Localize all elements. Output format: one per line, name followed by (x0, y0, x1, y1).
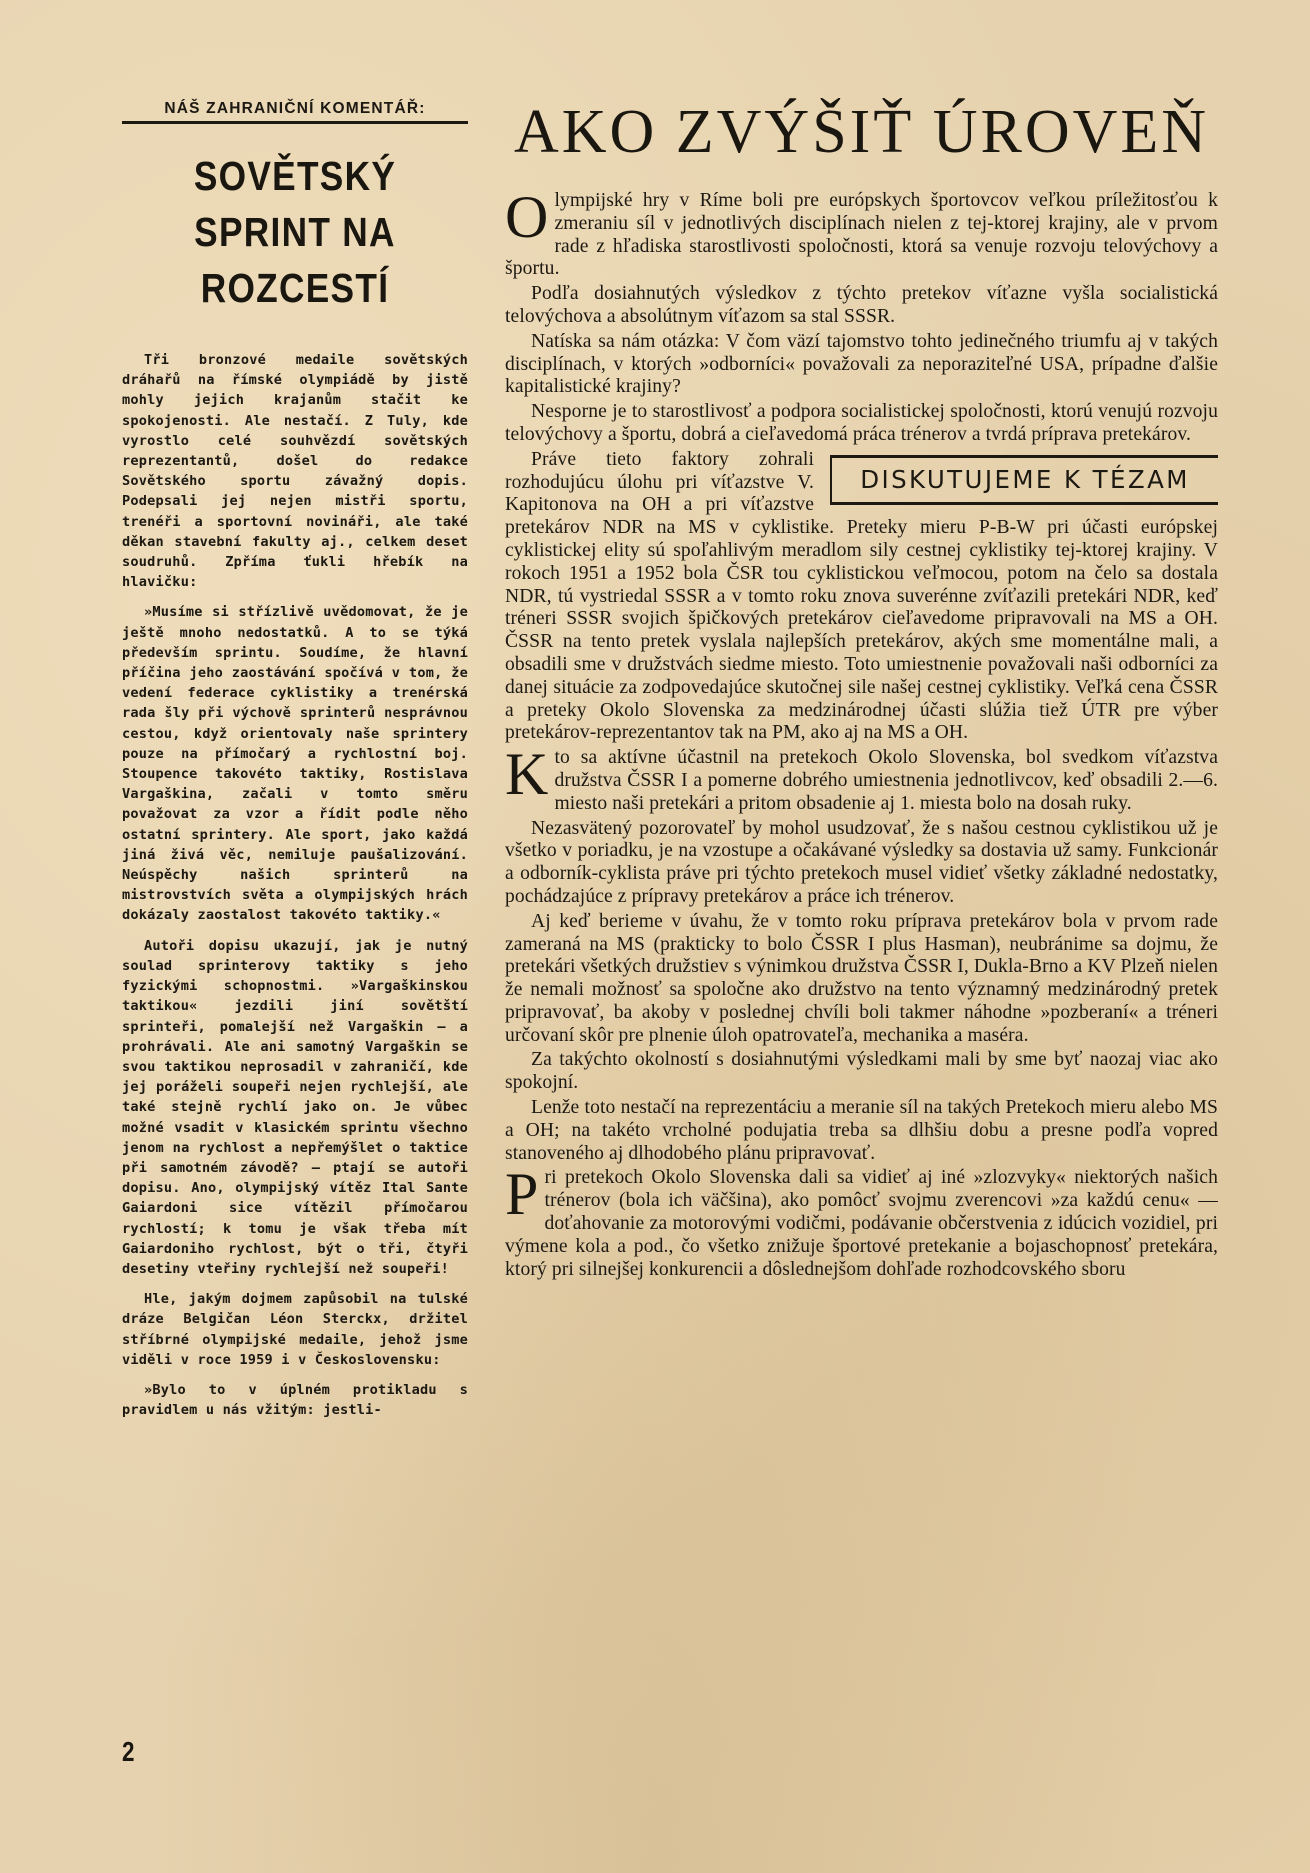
section-kicker: NÁŠ ZAHRANIČNÍ KOMENTÁŘ: (122, 100, 468, 124)
left-paragraph-3: Autoři dopisu ukazují, jak je nutný soul… (122, 936, 468, 1279)
paragraph-text: ri pretekoch Okolo Slovenska dali sa vid… (505, 1167, 1218, 1279)
right-paragraph-9: Za takýchto okolností s dosiahnutými výs… (505, 1049, 1218, 1095)
right-paragraph-4: Nesporne je to starostlivosť a podpora s… (505, 401, 1218, 447)
page-number: 2 (122, 1736, 134, 1768)
section-box-diskutujeme: DISKUTUJEME K TÉZAM (830, 455, 1218, 505)
magazine-page: NÁŠ ZAHRANIČNÍ KOMENTÁŘ: SOVĚTSKÝ SPRINT… (0, 0, 1310, 1873)
paragraph-text: lympijské hry v Ríme boli pre európskych… (505, 190, 1218, 279)
left-article-title: SOVĚTSKÝ SPRINT NA ROZCESTÍ (120, 148, 469, 316)
left-paragraph-5: »Bylo to v úplném protikladu s pravidlem… (122, 1380, 468, 1420)
right-paragraph-3: Natíska sa nám otázka: V čom väzí tajoms… (505, 331, 1218, 399)
right-paragraph-1: Olympijské hry v Ríme boli pre európskyc… (505, 190, 1218, 281)
left-paragraph-4: Hle, jakým dojmem zapůsobil na tulské dr… (122, 1289, 468, 1370)
drop-cap: P (505, 1171, 538, 1217)
right-article: AKO ZVÝŠIŤ ÚROVEŇ Olympijské hry v Ríme … (505, 100, 1218, 1283)
right-paragraph-2: Podľa dosiahnutých výsledkov z týchto pr… (505, 283, 1218, 329)
right-paragraph-6: Kto sa aktívne účastnil na pretekoch Oko… (505, 747, 1218, 815)
drop-cap: O (505, 194, 548, 240)
paragraph-text: to sa aktívne účastnil na pretekoch Okol… (554, 747, 1218, 814)
right-paragraph-11: Pri pretekoch Okolo Slovenska dali sa vi… (505, 1167, 1218, 1281)
right-paragraph-10: Lenže toto nestačí na reprezentáciu a me… (505, 1097, 1218, 1165)
right-paragraph-7: Nezasvätený pozorovateľ by mohol usudzov… (505, 818, 1218, 909)
left-paragraph-1: Tři bronzové medaile sovětských dráhařů … (122, 350, 468, 592)
drop-cap: K (505, 751, 548, 797)
section-box-label: DISKUTUJEME K TÉZAM (860, 465, 1190, 494)
left-paragraph-2: »Musíme si střízlivě uvědomovat, že je j… (122, 602, 468, 925)
right-article-title: AKO ZVÝŠIŤ ÚROVEŇ (505, 100, 1218, 164)
left-article: NÁŠ ZAHRANIČNÍ KOMENTÁŘ: SOVĚTSKÝ SPRINT… (122, 100, 468, 1430)
right-paragraph-8: Aj keď berieme v úvahu, že v tomto roku … (505, 911, 1218, 1048)
